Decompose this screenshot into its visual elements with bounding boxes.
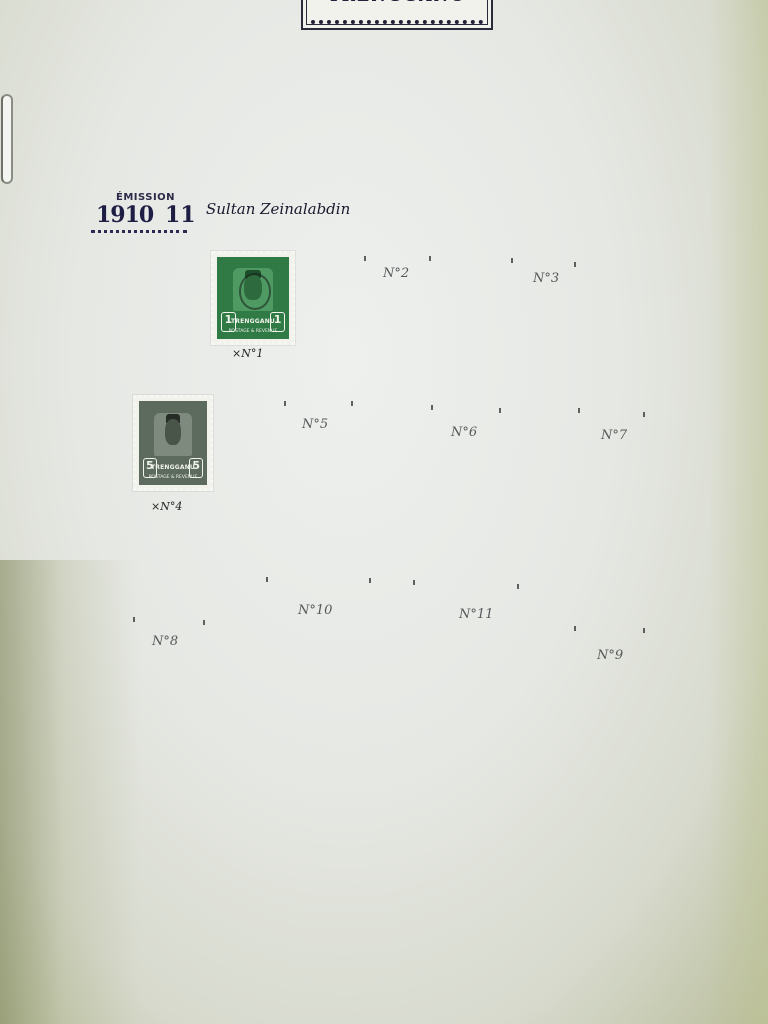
stamp-frame: 5 5 TRENGGANU POSTAGE & REVENUE [139, 401, 207, 485]
corner-mark [369, 578, 371, 583]
stamp-n4[interactable]: 5 5 TRENGGANU POSTAGE & REVENUE [133, 395, 213, 491]
corner-mark [413, 580, 415, 585]
corner-mark [511, 258, 513, 263]
binder-ring-slot [1, 94, 13, 184]
corner-mark [431, 405, 433, 410]
country-title: TRENGGANU [303, 0, 491, 4]
corner-mark [429, 256, 431, 261]
corner-mark [351, 401, 353, 406]
corner-mark [364, 256, 366, 261]
empty-slot-n11[interactable]: N°11 [459, 607, 493, 622]
corner-mark [203, 620, 205, 625]
corner-mark [578, 408, 580, 413]
stamp-country: TRENGGANU [217, 318, 289, 325]
stamp-inscription: POSTAGE & REVENUE [217, 329, 289, 334]
stamp-frame: 1 1 TRENGGANU POSTAGE & REVENUE [217, 257, 289, 339]
stamp-n1[interactable]: 1 1 TRENGGANU POSTAGE & REVENUE [211, 251, 295, 345]
emission-number: 11 [165, 202, 196, 228]
corner-mark [574, 262, 576, 267]
emission-description: Sultan Zeinalabdin [206, 200, 350, 218]
country-title-plate: TRENGGANU [301, 0, 493, 30]
empty-slot-n7[interactable]: N°7 [601, 428, 627, 443]
corner-mark [499, 408, 501, 413]
corner-mark [643, 412, 645, 417]
stamp-inscription: POSTAGE & REVENUE [139, 475, 207, 480]
empty-slot-n9[interactable]: N°9 [597, 648, 623, 663]
empty-slot-n10[interactable]: N°10 [298, 603, 332, 618]
emission-year: 1910 [96, 202, 153, 228]
stamp-label-n4: ×N°4 [151, 500, 182, 513]
corner-mark [284, 401, 286, 406]
empty-slot-n3[interactable]: N°3 [533, 271, 559, 286]
empty-slot-n6[interactable]: N°6 [451, 425, 477, 440]
page-shadow-right [708, 0, 768, 1024]
corner-mark [133, 617, 135, 622]
stamp-country: TRENGGANU [139, 464, 207, 471]
empty-slot-n5[interactable]: N°5 [302, 417, 328, 432]
stamp-label-n1: ×N°1 [232, 347, 263, 360]
corner-mark [517, 584, 519, 589]
empty-slot-n2[interactable]: N°2 [383, 266, 409, 281]
corner-mark [643, 628, 645, 633]
emission-underline [91, 228, 187, 233]
corner-mark [266, 577, 268, 582]
sultan-portrait-icon [165, 419, 181, 444]
title-ornament [311, 14, 483, 24]
corner-mark [574, 626, 576, 631]
empty-slot-n8[interactable]: N°8 [152, 634, 178, 649]
page-shadow-left [0, 560, 140, 1024]
